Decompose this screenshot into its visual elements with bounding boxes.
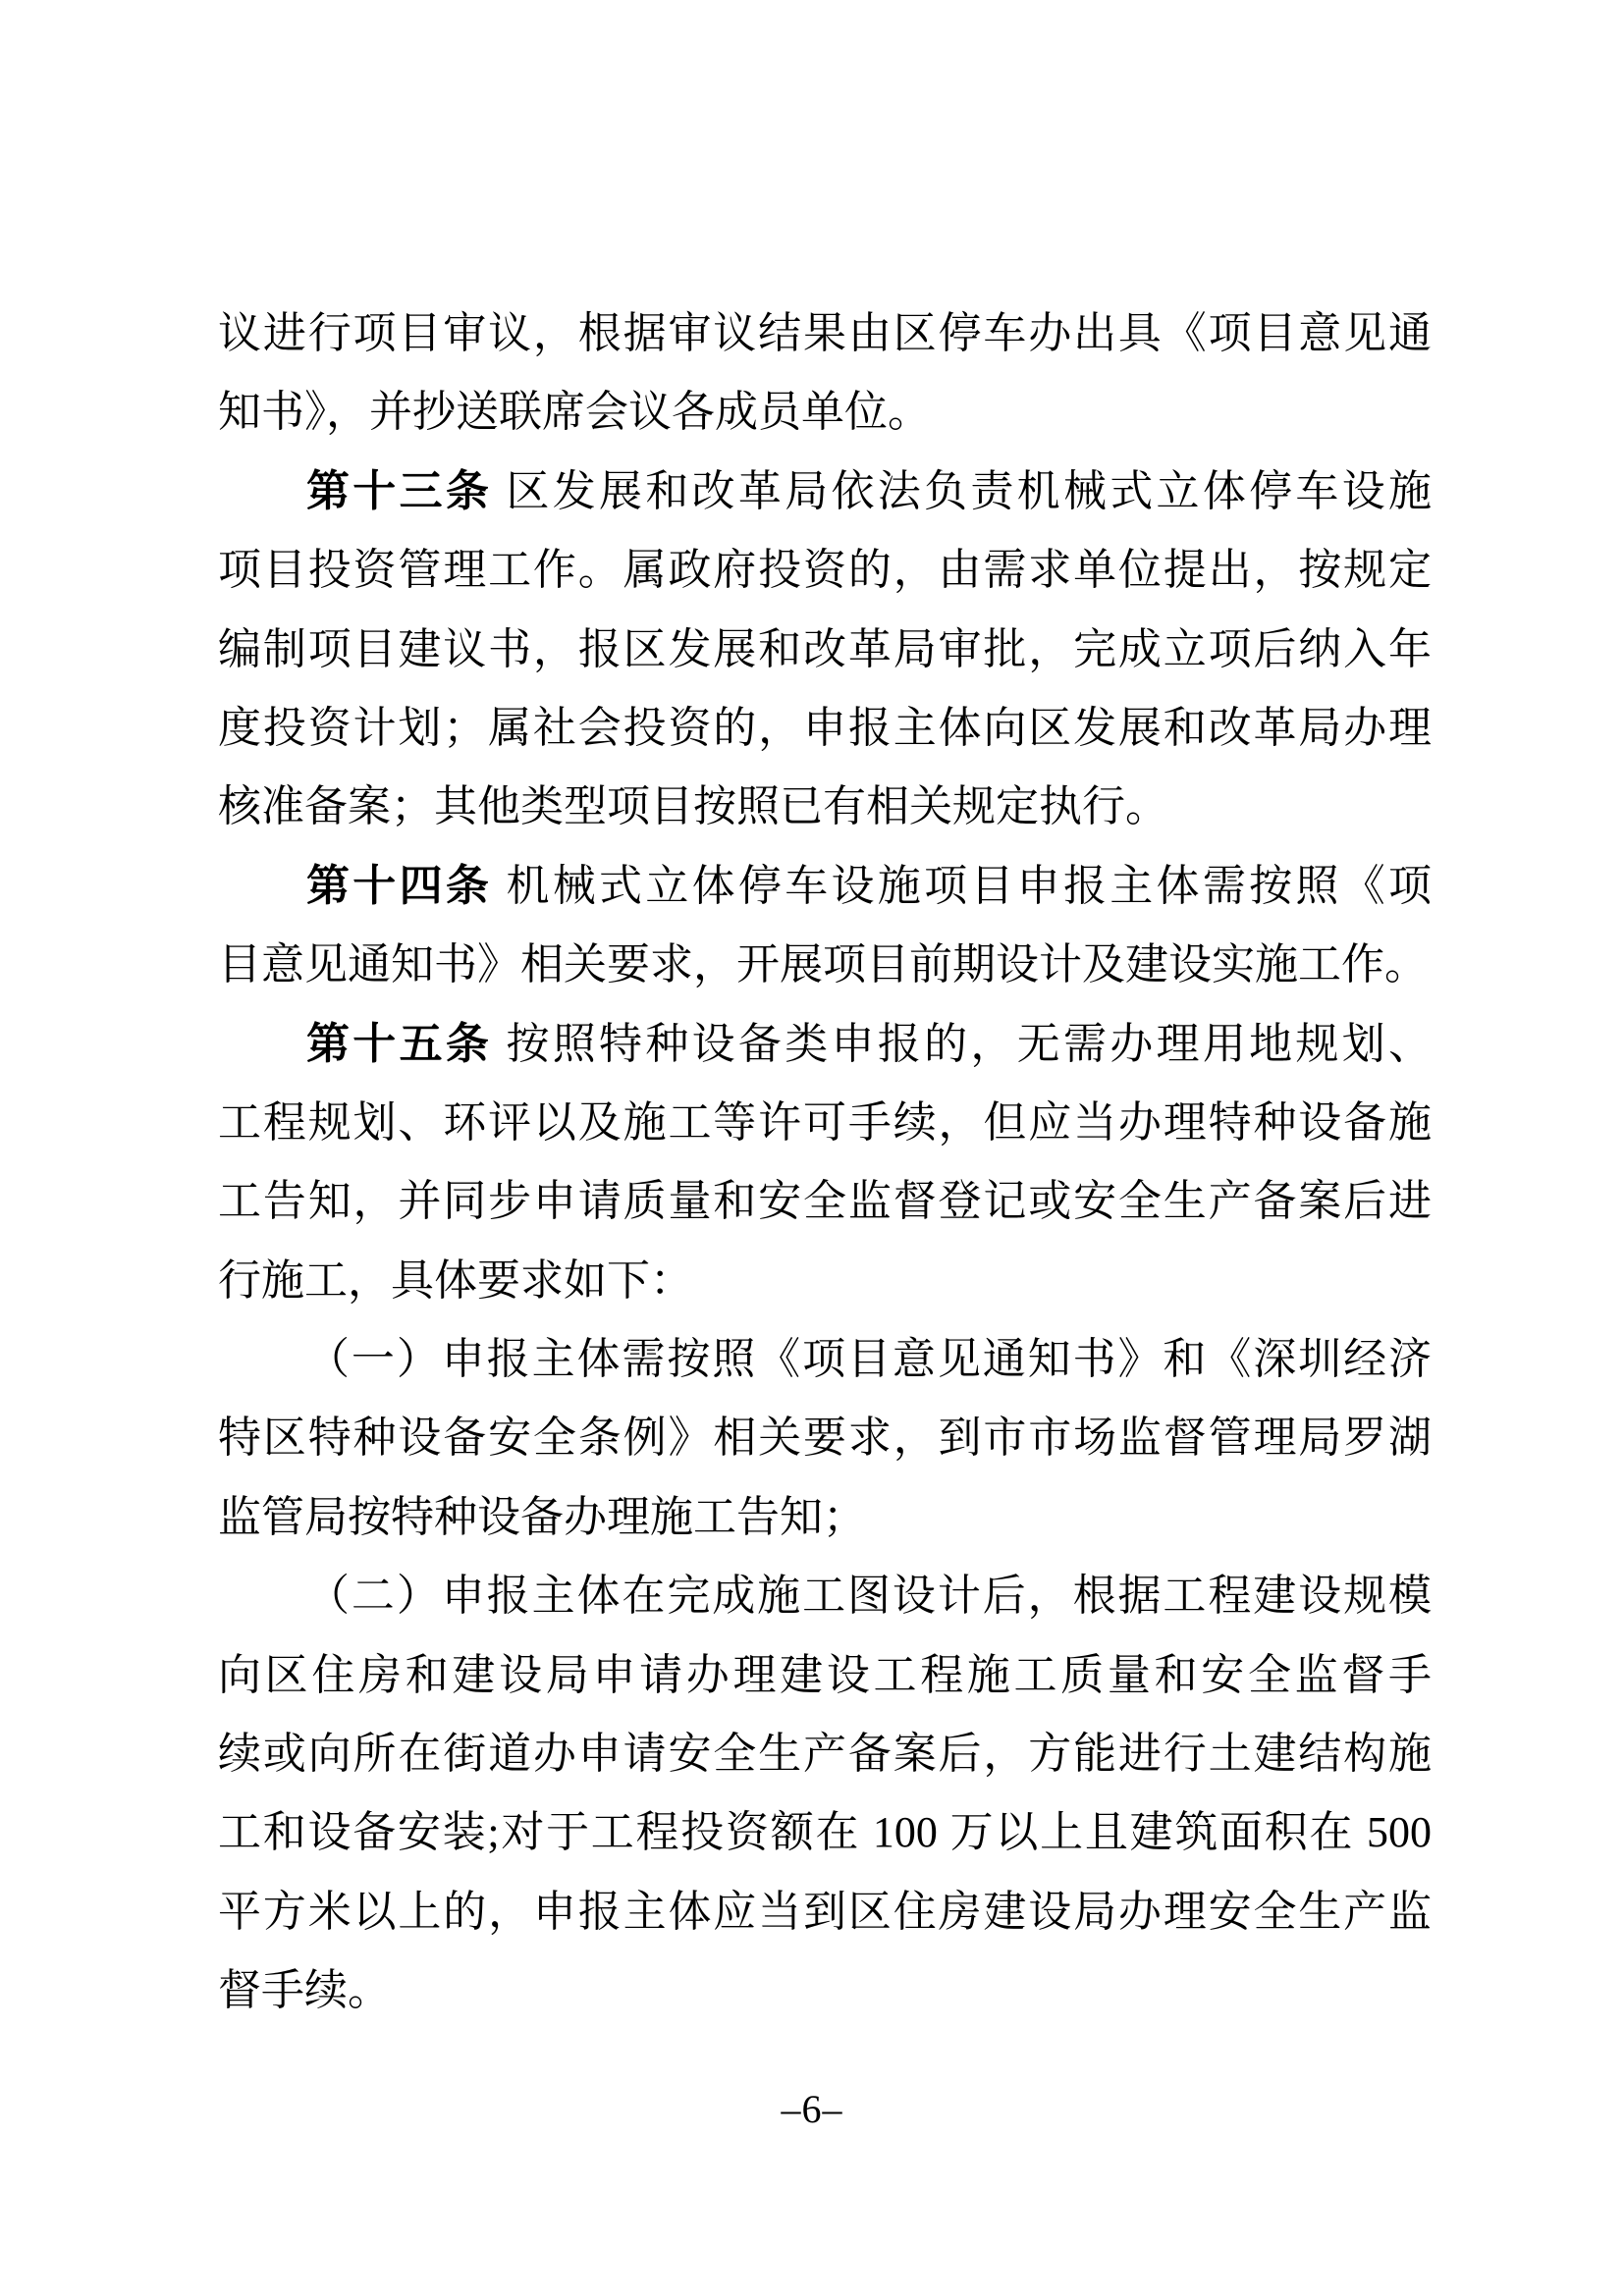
line-text: 特区特种设备安全条例》相关要求，到市市场监督管理局罗湖 [218, 1414, 1432, 1462]
text-line: 工告知，并同步申请质量和安全监督登记或安全生产备案后进 [218, 1162, 1432, 1241]
text-line: 督手续。 [218, 1951, 1432, 2030]
article-14-heading: 第十四条 [306, 862, 492, 910]
page-number: –6– [0, 2083, 1624, 2136]
text-line: 目意见通知书》相关要求，开展项目前期设计及建设实施工作。 [218, 926, 1432, 1004]
line-text: 工程规划、环评以及施工等许可手续，但应当办理特种设备施 [218, 1098, 1432, 1147]
text-line: 行施工，具体要求如下： [218, 1242, 1432, 1320]
line-text: 核准备案；其他类型项目按照已有相关规定执行。 [218, 782, 1168, 830]
text-line: 议进行项目审议，根据审议结果由区停车办出具《项目意见通 [218, 294, 1432, 373]
line-text: 议进行项目审议，根据审议结果由区停车办出具《项目意见通 [218, 309, 1432, 357]
line-text: 平方米以上的，申报主体应当到区住房建设局办理安全生产监 [218, 1888, 1432, 1936]
text-line: 特区特种设备安全条例》相关要求，到市市场监督管理局罗湖 [218, 1399, 1432, 1477]
line-text: 督手续。 [218, 1966, 391, 2014]
text-line: 第十三条 区发展和改革局依法负责机械式立体停车设施 [218, 453, 1432, 531]
text-line: 第十四条 机械式立体停车设施项目申报主体需按照《项 [218, 847, 1432, 926]
line-text: 区发展和改革局依法负责机械式立体停车设施 [492, 467, 1432, 515]
line-text: 机械式立体停车设施项目申报主体需按照《项 [492, 862, 1432, 910]
line-text: 编制项目建议书，报区发展和改革局审批，完成立项后纳入年 [218, 625, 1432, 673]
text-line: 第十五条 按照特种设备类申报的，无需办理用地规划、 [218, 1005, 1432, 1084]
document-body: 议进行项目审议，根据审议结果由区停车办出具《项目意见通 知书》，并抄送联席会议各… [218, 294, 1432, 2031]
line-text: 续或向所在街道办申请安全生产备案后，方能进行土建结构施 [218, 1730, 1432, 1778]
text-line: 工和设备安装;对于工程投资额在 100 万以上且建筑面积在 500 [218, 1793, 1432, 1872]
line-text: 项目投资管理工作。属政府投资的，由需求单位提出，按规定 [218, 546, 1432, 594]
line-text: 行施工，具体要求如下： [218, 1256, 693, 1305]
item-1-text: （一）申报主体需按照《项目意见通知书》和《深圳经济 [306, 1335, 1432, 1383]
text-line: 度投资计划；属社会投资的，申报主体向区发展和改革局办理 [218, 689, 1432, 768]
text-line: 平方米以上的，申报主体应当到区住房建设局办理安全生产监 [218, 1873, 1432, 1951]
text-line: 知书》，并抄送联席会议各成员单位。 [218, 373, 1432, 452]
text-line: 核准备案；其他类型项目按照已有相关规定执行。 [218, 768, 1432, 846]
line-text: 向区住房和建设局申请办理建设工程施工质量和安全监督手 [218, 1651, 1432, 1699]
line-text: 监管局按特种设备办理施工告知； [218, 1493, 866, 1541]
text-line: （一）申报主体需按照《项目意见通知书》和《深圳经济 [218, 1320, 1432, 1399]
text-line: 工程规划、环评以及施工等许可手续，但应当办理特种设备施 [218, 1084, 1432, 1162]
line-text: 度投资计划；属社会投资的，申报主体向区发展和改革局办理 [218, 704, 1432, 752]
text-line: 编制项目建议书，报区发展和改革局审批，完成立项后纳入年 [218, 611, 1432, 689]
line-text: 知书》，并抄送联席会议各成员单位。 [218, 388, 931, 436]
document-page: 议进行项目审议，根据审议结果由区停车办出具《项目意见通 知书》，并抄送联席会议各… [0, 0, 1624, 2296]
line-text: 按照特种设备类申报的，无需办理用地规划、 [492, 1020, 1432, 1068]
text-line: 监管局按特种设备办理施工告知； [218, 1478, 1432, 1557]
text-line: 续或向所在街道办申请安全生产备案后，方能进行土建结构施 [218, 1715, 1432, 1793]
article-15-heading: 第十五条 [306, 1020, 492, 1068]
article-13-heading: 第十三条 [306, 467, 492, 515]
line-text: 工告知，并同步申请质量和安全监督登记或安全生产备案后进 [218, 1177, 1432, 1225]
text-line: 项目投资管理工作。属政府投资的，由需求单位提出，按规定 [218, 531, 1432, 610]
line-text: 工和设备安装;对于工程投资额在 100 万以上且建筑面积在 500 [218, 1808, 1432, 1856]
line-text: 目意见通知书》相关要求，开展项目前期设计及建设实施工作。 [218, 940, 1428, 988]
text-line: 向区住房和建设局申请办理建设工程施工质量和安全监督手 [218, 1636, 1432, 1715]
item-2-text: （二）申报主体在完成施工图设计后，根据工程建设规模 [306, 1572, 1432, 1620]
text-line: （二）申报主体在完成施工图设计后，根据工程建设规模 [218, 1557, 1432, 1635]
